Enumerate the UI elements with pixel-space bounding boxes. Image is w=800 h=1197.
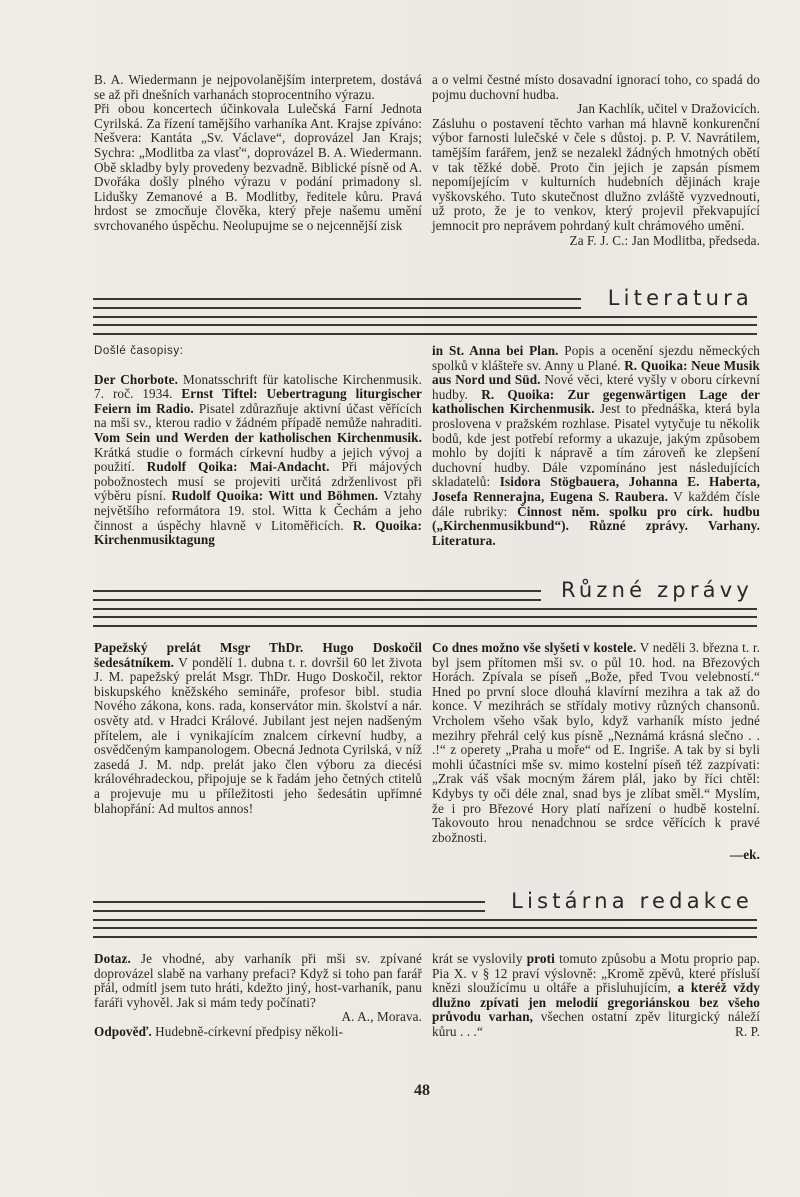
text: Je vhodné, aby varhaník při mši sv. zpív…	[94, 951, 422, 1010]
listarna-left-column: Dotaz. Je vhodné, aby varhaník při mši s…	[94, 952, 422, 1040]
literatura-right-column: in St. Anna bei Plan. Popis a ocenění sj…	[432, 344, 760, 548]
zpravy-left-column: Papežský prelát Msgr ThDr. Hugo Doskočil…	[94, 641, 422, 816]
bold-title: Rudolf Qoika: Mai-Andacht.	[147, 459, 330, 474]
bold-title: Dotaz.	[94, 951, 131, 966]
top-right-column: a o velmi čestné místo dosavadní ignorac…	[432, 73, 760, 248]
bold-title: Vom Sein und Werden der katholischen Kir…	[94, 430, 422, 445]
text: Hudebně-církevní předpisy několi-	[152, 1024, 343, 1039]
paragraph: in St. Anna bei Plan. Popis a ocenění sj…	[432, 344, 760, 548]
bold-title: Odpověď.	[94, 1024, 152, 1039]
rule	[93, 625, 757, 627]
text: V neděli 3. března t. r. byl jsem přítom…	[432, 640, 760, 845]
section-header-listarna: Listárna redakce	[93, 893, 757, 949]
zpravy-right-column: Co dnes možno vše slyšeti v kostele. V n…	[432, 641, 760, 863]
section-title: Listárna redakce	[511, 889, 753, 913]
page-number: 48	[414, 1082, 430, 1100]
paragraph: Co dnes možno vše slyšeti v kostele. V n…	[432, 641, 760, 845]
rule	[93, 298, 581, 300]
bold-title: Rudolf Quoika: Witt und Böhmen.	[172, 488, 379, 503]
rule	[93, 316, 757, 318]
question: Dotaz. Je vhodné, aby varhaník při mši s…	[94, 952, 422, 1010]
rule	[93, 936, 757, 938]
rule	[93, 590, 541, 592]
rule	[93, 307, 581, 309]
rule	[93, 333, 757, 335]
bold-title: Der Chorbote.	[94, 372, 178, 387]
bold-title: Co dnes možno vše slyšeti v kostele.	[432, 640, 636, 655]
answer: Odpověď. Hudebně-církevní předpisy někol…	[94, 1025, 422, 1040]
paragraph: Zásluhu o postavení těchto varhan má hla…	[432, 117, 760, 234]
bold-word: proti	[527, 951, 555, 966]
rule	[93, 901, 485, 903]
rule	[93, 919, 757, 921]
paragraph: Při obou koncertech účinkovala Lulečská …	[94, 102, 422, 233]
section-header-literatura: Literatura	[93, 290, 757, 346]
text: V pondělí 1. dubna t. r. dovršil 60 let …	[94, 655, 422, 816]
signature: Jan Kachlík, učitel v Dražovicích.	[432, 102, 760, 117]
section-title: Různé zprávy	[561, 578, 753, 602]
paragraph: Papežský prelát Msgr ThDr. Hugo Doskočil…	[94, 641, 422, 816]
magazine-page: B. A. Wiedermann je nejpovolanějším inte…	[0, 0, 800, 1197]
signature: Za F. J. C.: Jan Modlitba, předseda.	[432, 234, 760, 249]
signature: A. A., Morava.	[94, 1010, 422, 1025]
listarna-right-column: krát se vyslovily proti tomuto způsobu a…	[432, 952, 760, 1040]
rule	[93, 927, 757, 929]
top-left-column: B. A. Wiedermann je nejpovolanějším inte…	[94, 73, 422, 234]
rule	[93, 608, 757, 610]
rule	[93, 599, 541, 601]
bold-title: in St. Anna bei Plan.	[432, 343, 559, 358]
signature: —ek.	[432, 848, 760, 863]
rule	[93, 324, 757, 326]
subheading: Došlé časopisy:	[94, 344, 422, 359]
paragraph: a o velmi čestné místo dosavadní ignorac…	[432, 73, 760, 102]
author-sign: —ek.	[730, 847, 760, 862]
paragraph: Der Chorbote. Monatsschrift für katolisc…	[94, 373, 422, 548]
text: krát se vyslovily	[432, 951, 527, 966]
section-title: Literatura	[608, 286, 753, 310]
rule	[93, 616, 757, 618]
literatura-left-column: Došlé časopisy: Der Chorbote. Monatsschr…	[94, 344, 422, 548]
rule	[93, 910, 485, 912]
section-header-zpravy: Různé zprávy	[93, 582, 757, 638]
paragraph: B. A. Wiedermann je nejpovolanějším inte…	[94, 73, 422, 102]
